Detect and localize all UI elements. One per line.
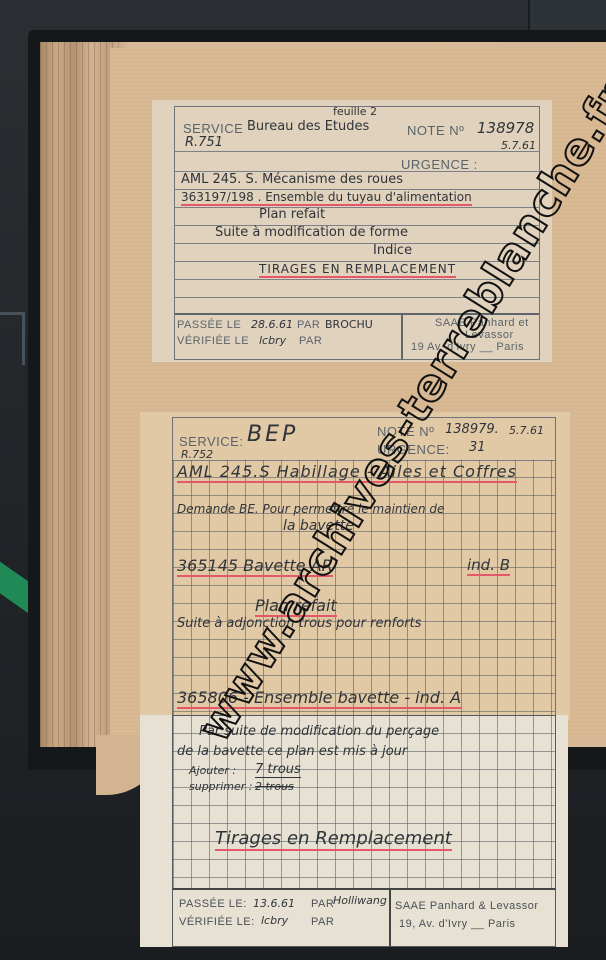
- verifiee-par-label: PAR: [299, 335, 322, 347]
- company-line-2: 19, Av. d'Ivry __ Paris: [399, 918, 516, 930]
- passee-by: BROCHU: [325, 318, 373, 331]
- company-line-1: SAAE Panhard & Levassor: [395, 900, 539, 912]
- par-label: PAR: [311, 898, 334, 910]
- verifiee-par-label: PAR: [311, 916, 334, 928]
- supprimer-label: supprimer :: [189, 780, 252, 793]
- ajouter-value: 7 trous: [255, 762, 301, 778]
- verifiee-label: VÉRIFIÉE LE: [177, 335, 249, 347]
- line-2: 363197/198 . Ensemble du tuyau d'aliment…: [181, 190, 472, 206]
- line-5: Indice: [373, 243, 412, 258]
- passee-label: PASSÉE LE:: [179, 898, 247, 910]
- line-2: de la bavette ce plan est mis à jour: [177, 744, 407, 759]
- note-card-3: Par suite de modification du perçage de …: [140, 715, 568, 947]
- rule: [175, 207, 539, 208]
- grey-corner-mark: [0, 312, 25, 365]
- urgence-value: 31: [469, 440, 486, 455]
- urgence-label: URGENCE :: [401, 157, 478, 172]
- service-value: Bureau des Etudes: [247, 119, 369, 134]
- line-2: Demande BE. Pour permettre le maintien d…: [177, 502, 444, 516]
- passee-label: PASSÉE LE: [177, 319, 241, 331]
- verifiee-value: lcbry: [259, 334, 286, 347]
- passee-date: 13.6.61: [253, 897, 295, 910]
- tirages-line: Tirages en Remplacement: [215, 828, 452, 851]
- note-number-label: NOTE Nº: [407, 123, 464, 138]
- passee-by: Holliwang: [333, 894, 387, 907]
- service-code: R.751: [185, 135, 223, 150]
- ajouter-label: Ajouter :: [189, 764, 236, 777]
- passee-date: 28.6.61: [251, 318, 293, 331]
- line-4: Suite à modification de forme: [215, 225, 408, 240]
- page-edges: [40, 42, 120, 747]
- line-5: ind. B: [467, 556, 510, 576]
- line-6: TIRAGES EN REMPLACEMENT: [259, 262, 456, 278]
- service-label: SERVICE: [183, 121, 243, 136]
- sheet-label: feuille 2: [333, 105, 377, 118]
- note-number: 138979.: [445, 422, 499, 437]
- supprimer-value: 2 trous: [255, 780, 294, 793]
- verifiee-label: VÉRIFIÉE LE:: [179, 916, 255, 928]
- note-card-3-frame: Par suite de modification du perçage de …: [172, 715, 556, 947]
- divider: [389, 888, 391, 946]
- rule: [175, 243, 539, 244]
- line-3: Plan refait: [259, 207, 325, 222]
- divider: [401, 313, 403, 359]
- note-date: 5.7.61: [509, 424, 544, 437]
- service-value: BEP: [247, 422, 298, 447]
- rule: [175, 151, 539, 152]
- rule: [173, 888, 555, 890]
- verifiee-value: lcbry: [261, 914, 288, 927]
- note-number: 138978: [477, 119, 534, 137]
- service-label: SERVICE:: [179, 434, 243, 449]
- par-label: PAR: [297, 319, 320, 331]
- line-1: AML 245. S. Mécanisme des roues: [181, 172, 403, 187]
